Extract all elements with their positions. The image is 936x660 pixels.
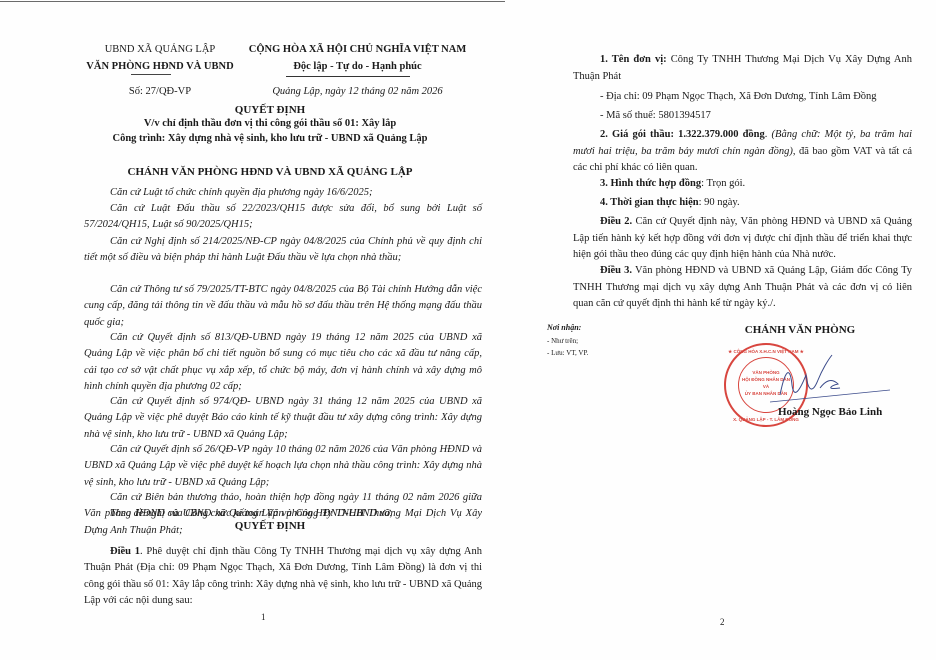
address-text: - Địa chỉ: 09 Phạm Ngọc Thạch, Xã Đơn Dư… (600, 91, 877, 102)
page-number-1: 1 (261, 612, 266, 622)
item-2-price: 2. Giá gói thầu: 1.322.379.000 đồng. (Bằ… (573, 127, 912, 177)
item-3-contract-type: 3. Hình thức hợp đồng: Trọn gói. (573, 176, 912, 193)
legal-basis-item: Căn cứ Luật Đấu thầu số 22/2023/QH15 đượ… (84, 201, 482, 234)
place-date: Quảng Lập, ngày 12 tháng 02 năm 2026 (235, 83, 480, 100)
recipient-2: - Lưu: VT, VP. (547, 349, 588, 357)
item-1-company: 1. Tên đơn vị: Công Ty TNHH Thương Mại D… (573, 52, 912, 85)
signature (760, 350, 900, 410)
article-3: Điều 3. Văn phòng HĐND và UBND xã Quảng … (573, 263, 912, 313)
legal-basis-text: Căn cứ Thông tư số 79/2025/TT-BTC ngày 0… (84, 284, 482, 328)
org-underline (131, 74, 171, 75)
item-3-label: 3. Hình thức hợp đồng (600, 178, 701, 189)
org-parent: UBND XÃ QUẢNG LẬP (60, 41, 260, 58)
legal-basis-item: Căn cứ Thông tư số 79/2025/TT-BTC ngày 0… (84, 282, 482, 331)
doc-number: Số: 27/QĐ-VP (60, 83, 260, 100)
national-motto: Độc lập - Tự do - Hạnh phúc (235, 58, 480, 75)
page-number-2: 2 (720, 617, 725, 627)
page-top-border (0, 1, 505, 2)
legal-basis-text: Căn cứ Nghị định số 214/2025/NĐ-CP ngày … (84, 236, 482, 263)
item-3-value: : Trọn gói. (701, 178, 745, 189)
company-address: - Địa chỉ: 09 Phạm Ngọc Thạch, Xã Đơn Dư… (573, 89, 912, 106)
legal-basis-text: Căn cứ Luật Đấu thầu số 22/2023/QH15 đượ… (84, 203, 482, 230)
decision-title: QUYẾT ĐỊNH (60, 104, 480, 116)
legal-basis-text: Căn cứ Quyết định số 26/QĐ-VP ngày 10 th… (84, 444, 482, 488)
article-1-text: . Phê duyệt chỉ định thầu Công Ty TNHH T… (84, 546, 482, 606)
legal-basis-item: Căn cứ Quyết định số 813/QĐ-UBND ngày 19… (84, 330, 482, 395)
legal-basis-text: Căn cứ Quyết định số 974/QĐ- UBND ngày 3… (84, 396, 482, 440)
legal-basis-text: Căn cứ Quyết định số 813/QĐ-UBND ngày 19… (84, 332, 482, 392)
decision-subject-1: V/v chỉ định thầu đơn vị thi công gói th… (60, 118, 480, 129)
article-1-label: Điều 1 (110, 546, 140, 557)
decision-subject-2: Công trình: Xây dựng nhà vệ sinh, kho lư… (60, 133, 480, 144)
legal-basis-item: Căn cứ Luật tổ chức chính quyền địa phươ… (84, 185, 482, 201)
legal-basis-item: Căn cứ Quyết định số 26/QĐ-VP ngày 10 th… (84, 442, 482, 491)
legal-basis-item: Căn cứ Nghị định số 214/2025/NĐ-CP ngày … (84, 234, 482, 267)
recipient-1: - Như trên; (547, 337, 578, 345)
article-2: Điều 2. Căn cứ Quyết định này, Văn phòng… (573, 214, 912, 264)
item-2-label: 2. Giá gói thầu: 1.322.379.000 đồng (600, 129, 765, 140)
item-1-label: 1. Tên đơn vị: (600, 54, 667, 65)
signer-name: Hoàng Ngọc Bảo Linh (778, 406, 882, 418)
national-title: CỘNG HÒA XÃ HỘI CHỦ NGHĨA VIỆT NAM (235, 41, 480, 58)
decides-heading: QUYẾT ĐỊNH (60, 520, 480, 532)
legal-basis-text: Căn cứ Luật tổ chức chính quyền địa phươ… (110, 187, 373, 198)
item-4-label: 4. Thời gian thực hiện (600, 197, 699, 208)
article-3-label: Điều 3. (600, 265, 632, 276)
legal-basis-text: Theo đề nghị của Công chức kế toán Văn p… (110, 508, 392, 519)
article-2-label: Điều 2. (600, 216, 632, 227)
article-1: Điều 1. Phê duyệt chỉ định thầu Công Ty … (84, 544, 482, 609)
recipients-label: Nơi nhận: (547, 323, 581, 332)
item-4-duration: 4. Thời gian thực hiện: 90 ngày. (573, 195, 912, 212)
company-tax-code: - Mã số thuế: 5801394517 (573, 108, 912, 125)
signer-title: CHÁNH VĂN PHÒNG (730, 324, 870, 336)
document-page-1: UBND XÃ QUẢNG LẬP VĂN PHÒNG HĐND VÀ UBND… (0, 0, 506, 660)
legal-basis-item: Căn cứ Quyết định số 974/QĐ- UBND ngày 3… (84, 394, 482, 443)
motto-underline (286, 76, 410, 77)
tax-code-text: - Mã số thuế: 5801394517 (600, 110, 711, 121)
issuing-authority: CHÁNH VĂN PHÒNG HĐND VÀ UBND XÃ QUẢNG LẬ… (60, 166, 480, 178)
org-name: VĂN PHÒNG HĐND VÀ UBND (60, 58, 260, 75)
item-4-value: : 90 ngày. (699, 197, 740, 208)
